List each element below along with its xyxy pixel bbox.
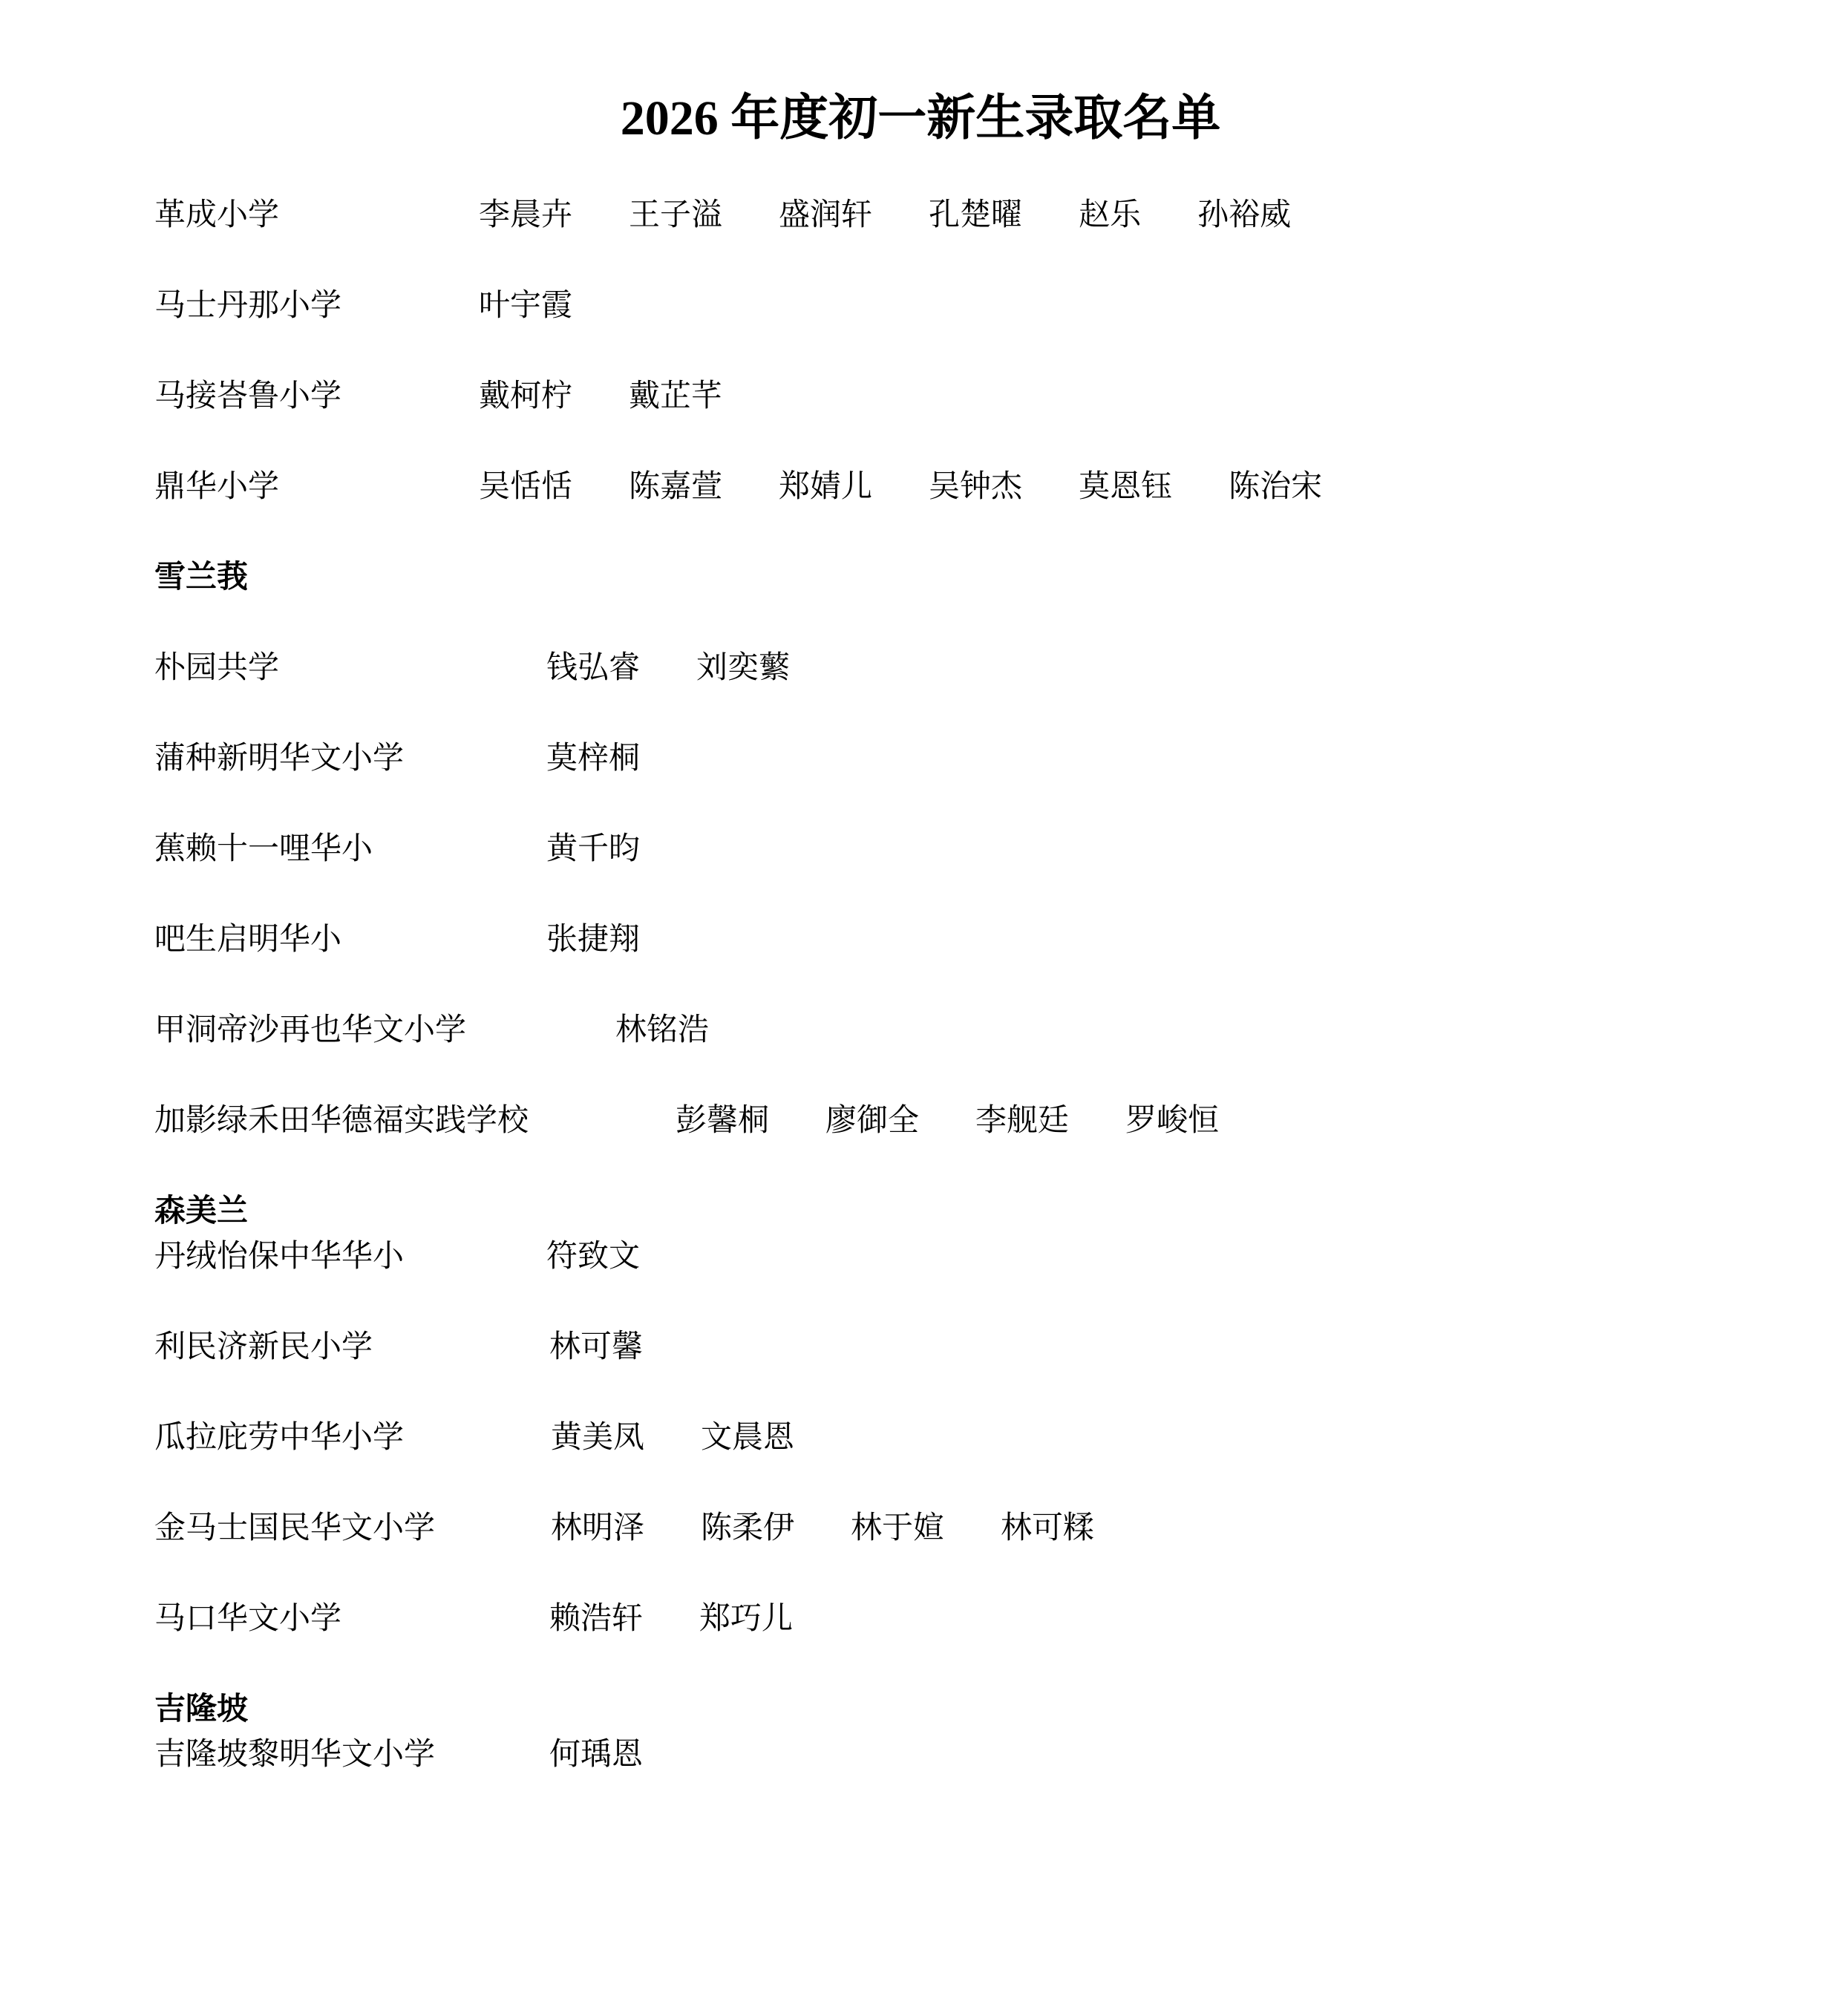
student-name: 戴芷芊 bbox=[629, 374, 722, 419]
section-rows: 丹绒怡保中华华小 符致文 利民济新民小学 林可馨 瓜拉庇劳中华小学 黄美凤文晨恩… bbox=[154, 1234, 1687, 1642]
student-name: 莫梓桐 bbox=[546, 736, 640, 782]
student-names: 林明泽陈柔伊林于媗林可糅 bbox=[551, 1506, 1094, 1551]
admission-row: 马口华文小学 赖浩轩郑巧儿 bbox=[154, 1597, 1687, 1642]
admission-row: 金马士国民华文小学 林明泽陈柔伊林于媗林可糅 bbox=[154, 1506, 1687, 1551]
student-name: 吴恬恬 bbox=[479, 465, 572, 510]
student-name: 黄千昀 bbox=[546, 827, 640, 872]
student-names: 黄千昀 bbox=[546, 827, 640, 872]
student-name: 李晨卉 bbox=[479, 193, 572, 238]
student-name: 戴柯柠 bbox=[479, 374, 572, 419]
student-name: 赖浩轩 bbox=[549, 1597, 643, 1642]
student-name: 郑婧儿 bbox=[779, 465, 872, 510]
admission-row: 瓜拉庇劳中华小学 黄美凤文晨恩 bbox=[154, 1416, 1687, 1461]
school-name: 朴园共学 bbox=[154, 646, 279, 691]
student-name: 林于媗 bbox=[851, 1506, 944, 1551]
admission-row: 马接峇鲁小学 戴柯柠戴芷芊 bbox=[154, 374, 1687, 419]
school-name: 瓜拉庇劳中华小学 bbox=[154, 1416, 404, 1461]
school-name: 利民济新民小学 bbox=[154, 1325, 373, 1370]
student-name: 张捷翔 bbox=[546, 917, 640, 963]
student-names: 符致文 bbox=[546, 1234, 640, 1280]
student-name: 林可馨 bbox=[549, 1325, 643, 1370]
student-name: 文晨恩 bbox=[701, 1416, 794, 1461]
document-page: 2026 年度初一新生录取名单 革成小学 李晨卉王子溢盛润轩孔楚曜赵乐孙裕威 马… bbox=[0, 0, 1841, 2016]
school-name: 吧生启明华小 bbox=[154, 917, 341, 963]
school-name: 蕉赖十一哩华小 bbox=[154, 827, 373, 872]
admission-row: 马士丹那小学 叶宇霞 bbox=[154, 284, 1687, 329]
student-names: 彭馨桐廖御全李舰廷罗峻恒 bbox=[676, 1099, 1219, 1144]
student-names: 张捷翔 bbox=[546, 917, 640, 963]
admission-row: 利民济新民小学 林可馨 bbox=[154, 1325, 1687, 1370]
student-name: 刘奕蘩 bbox=[696, 646, 790, 691]
school-name: 蒲种新明华文小学 bbox=[154, 736, 404, 782]
student-name: 盛润轩 bbox=[779, 193, 872, 238]
region-section: 森美兰 丹绒怡保中华华小 符致文 利民济新民小学 林可馨 瓜拉庇劳中华小学 黄美… bbox=[154, 1189, 1687, 1642]
student-name: 吴钟杰 bbox=[929, 465, 1022, 510]
student-names: 戴柯柠戴芷芊 bbox=[479, 374, 722, 419]
school-name: 吉隆坡黎明华文小学 bbox=[154, 1732, 435, 1778]
student-name: 叶宇霞 bbox=[479, 284, 572, 329]
admission-row: 蕉赖十一哩华小 黄千昀 bbox=[154, 827, 1687, 872]
student-name: 郑巧儿 bbox=[699, 1597, 793, 1642]
school-name: 革成小学 bbox=[154, 193, 279, 238]
student-name: 林明泽 bbox=[551, 1506, 644, 1551]
student-names: 黄美凤文晨恩 bbox=[551, 1416, 794, 1461]
admission-row: 吧生启明华小 张捷翔 bbox=[154, 917, 1687, 963]
student-name: 黄美凤 bbox=[551, 1416, 644, 1461]
school-name: 加影绿禾田华德福实践学校 bbox=[154, 1099, 529, 1144]
section-header: 森美兰 bbox=[154, 1189, 1687, 1234]
student-name: 李舰廷 bbox=[975, 1099, 1069, 1144]
section-rows: 吉隆坡黎明华文小学 何瑀恩 bbox=[154, 1732, 1687, 1778]
student-names: 叶宇霞 bbox=[479, 284, 572, 329]
student-names: 林可馨 bbox=[549, 1325, 643, 1370]
admission-row: 吉隆坡黎明华文小学 何瑀恩 bbox=[154, 1732, 1687, 1778]
student-name: 陈治宋 bbox=[1229, 465, 1322, 510]
section-header: 吉隆坡 bbox=[154, 1687, 1687, 1732]
student-name: 罗峻恒 bbox=[1125, 1099, 1219, 1144]
admission-row: 加影绿禾田华德福实践学校 彭馨桐廖御全李舰廷罗峻恒 bbox=[154, 1099, 1687, 1144]
student-name: 林铭浩 bbox=[615, 1008, 709, 1053]
student-name: 陈柔伊 bbox=[701, 1506, 794, 1551]
student-name: 钱弘睿 bbox=[546, 646, 640, 691]
student-name: 何瑀恩 bbox=[549, 1732, 643, 1778]
admission-row: 甲洞帝沙再也华文小学 林铭浩 bbox=[154, 1008, 1687, 1053]
student-names: 何瑀恩 bbox=[549, 1732, 643, 1778]
region-section: 吉隆坡 吉隆坡黎明华文小学 何瑀恩 bbox=[154, 1687, 1687, 1778]
section-rows: 革成小学 李晨卉王子溢盛润轩孔楚曜赵乐孙裕威 马士丹那小学 叶宇霞 马接峇鲁小学… bbox=[154, 193, 1687, 510]
school-name: 鼎华小学 bbox=[154, 465, 279, 510]
region-section: 雪兰莪 朴园共学 钱弘睿刘奕蘩 蒲种新明华文小学 莫梓桐 蕉赖十一哩华小 黄千昀… bbox=[154, 555, 1687, 1144]
admission-row: 蒲种新明华文小学 莫梓桐 bbox=[154, 736, 1687, 782]
student-names: 吴恬恬陈嘉萱郑婧儿吴钟杰莫恩钰陈治宋 bbox=[479, 465, 1322, 510]
student-name: 孙裕威 bbox=[1197, 193, 1291, 238]
student-name: 王子溢 bbox=[629, 193, 722, 238]
student-names: 林铭浩 bbox=[615, 1008, 709, 1053]
admission-row: 朴园共学 钱弘睿刘奕蘩 bbox=[154, 646, 1687, 691]
student-name: 莫恩钰 bbox=[1079, 465, 1172, 510]
school-name: 马接峇鲁小学 bbox=[154, 374, 341, 419]
student-name: 林可糅 bbox=[1001, 1506, 1094, 1551]
student-name: 符致文 bbox=[546, 1234, 640, 1280]
student-name: 孔楚曜 bbox=[929, 193, 1022, 238]
student-names: 赖浩轩郑巧儿 bbox=[549, 1597, 793, 1642]
student-names: 莫梓桐 bbox=[546, 736, 640, 782]
admission-row: 鼎华小学 吴恬恬陈嘉萱郑婧儿吴钟杰莫恩钰陈治宋 bbox=[154, 465, 1687, 510]
school-name: 马口华文小学 bbox=[154, 1597, 341, 1642]
admission-list: 革成小学 李晨卉王子溢盛润轩孔楚曜赵乐孙裕威 马士丹那小学 叶宇霞 马接峇鲁小学… bbox=[154, 193, 1687, 1778]
document-title: 2026 年度初一新生录取名单 bbox=[154, 0, 1687, 160]
student-name: 廖御全 bbox=[825, 1099, 919, 1144]
student-name: 陈嘉萱 bbox=[629, 465, 722, 510]
school-name: 甲洞帝沙再也华文小学 bbox=[154, 1008, 466, 1053]
school-name: 金马士国民华文小学 bbox=[154, 1506, 435, 1551]
section-header: 雪兰莪 bbox=[154, 555, 1687, 600]
student-names: 钱弘睿刘奕蘩 bbox=[546, 646, 790, 691]
student-name: 彭馨桐 bbox=[676, 1099, 769, 1144]
school-name: 丹绒怡保中华华小 bbox=[154, 1234, 404, 1280]
student-names: 李晨卉王子溢盛润轩孔楚曜赵乐孙裕威 bbox=[479, 193, 1291, 238]
school-name: 马士丹那小学 bbox=[154, 284, 341, 329]
section-rows: 朴园共学 钱弘睿刘奕蘩 蒲种新明华文小学 莫梓桐 蕉赖十一哩华小 黄千昀 吧生启… bbox=[154, 646, 1687, 1144]
admission-row: 革成小学 李晨卉王子溢盛润轩孔楚曜赵乐孙裕威 bbox=[154, 193, 1687, 238]
student-name: 赵乐 bbox=[1079, 193, 1141, 238]
region-section: 革成小学 李晨卉王子溢盛润轩孔楚曜赵乐孙裕威 马士丹那小学 叶宇霞 马接峇鲁小学… bbox=[154, 193, 1687, 510]
admission-row: 丹绒怡保中华华小 符致文 bbox=[154, 1234, 1687, 1280]
